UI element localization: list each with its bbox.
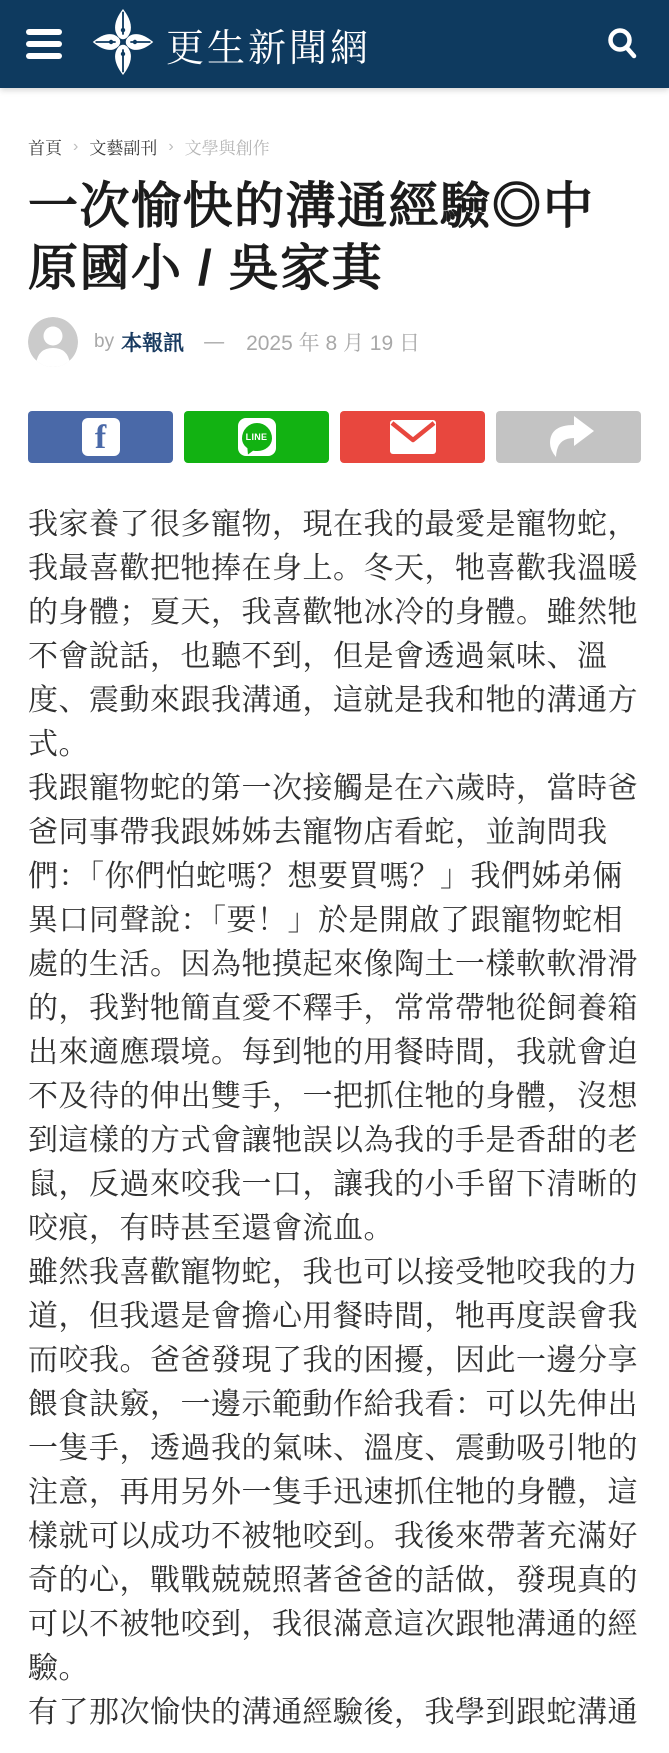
site-logo-icon[interactable]: [90, 6, 156, 83]
article-paragraph: 我家養了很多寵物，現在我的最愛是寵物蛇，我最喜歡把牠捧在身上。冬天，牠喜歡我溫暖…: [28, 503, 641, 767]
breadcrumb-current: 文學與創作: [185, 134, 270, 159]
page-title: 一次愉快的溝通經驗◎中原國小 / 吳家萁: [28, 175, 641, 299]
article-paragraph: 雖然我喜歡寵物蛇，我也可以接受牠咬我的力道，但我還是會擔心用餐時間，牠再度誤會我…: [28, 1251, 641, 1691]
byline-prefix: by: [94, 331, 114, 353]
search-icon[interactable]: [603, 24, 643, 64]
share-buttons: f LINE: [28, 411, 641, 463]
menu-icon[interactable]: [26, 29, 62, 59]
line-icon: LINE: [238, 418, 276, 456]
email-icon: [390, 420, 436, 454]
article-paragraph: 我跟寵物蛇的第一次接觸是在六歲時，當時爸爸同事帶我跟姊姊去寵物店看蛇，並詢問我們…: [28, 767, 641, 1251]
breadcrumb-section[interactable]: 文藝副刊: [89, 134, 157, 159]
article-body: 我家養了很多寵物，現在我的最愛是寵物蛇，我最喜歡把牠捧在身上。冬天，牠喜歡我溫暖…: [28, 503, 641, 1735]
breadcrumb: 首頁 › 文藝副刊 › 文學與創作: [28, 134, 641, 159]
facebook-icon: f: [82, 418, 120, 456]
avatar: [28, 317, 78, 367]
site-title[interactable]: 更生新聞網: [166, 17, 371, 72]
byline-dash: —: [204, 331, 224, 354]
share-line-button[interactable]: LINE: [184, 411, 329, 463]
byline: by 本報訊 — 2025 年 8 月 19 日: [28, 317, 641, 367]
line-bubble-label: LINE: [242, 423, 272, 451]
breadcrumb-separator: ›: [73, 138, 78, 156]
share-facebook-button[interactable]: f: [28, 411, 173, 463]
share-arrow-icon: [544, 416, 594, 458]
breadcrumb-separator: ›: [168, 138, 173, 156]
share-email-button[interactable]: [340, 411, 485, 463]
share-more-button[interactable]: [496, 411, 641, 463]
page: 更生新聞網 首頁 › 文藝副刊 › 文學與創作 一次愉快的溝通經驗◎中原國小 /…: [0, 0, 669, 1753]
site-header: 更生新聞網: [0, 0, 669, 88]
publish-date: 2025 年 8 月 19 日: [246, 327, 420, 357]
breadcrumb-home[interactable]: 首頁: [28, 134, 62, 159]
author-link[interactable]: 本報訊: [121, 327, 184, 357]
article-paragraph: 有了那次愉快的溝通經驗後，我學到跟蛇溝通: [28, 1691, 641, 1735]
